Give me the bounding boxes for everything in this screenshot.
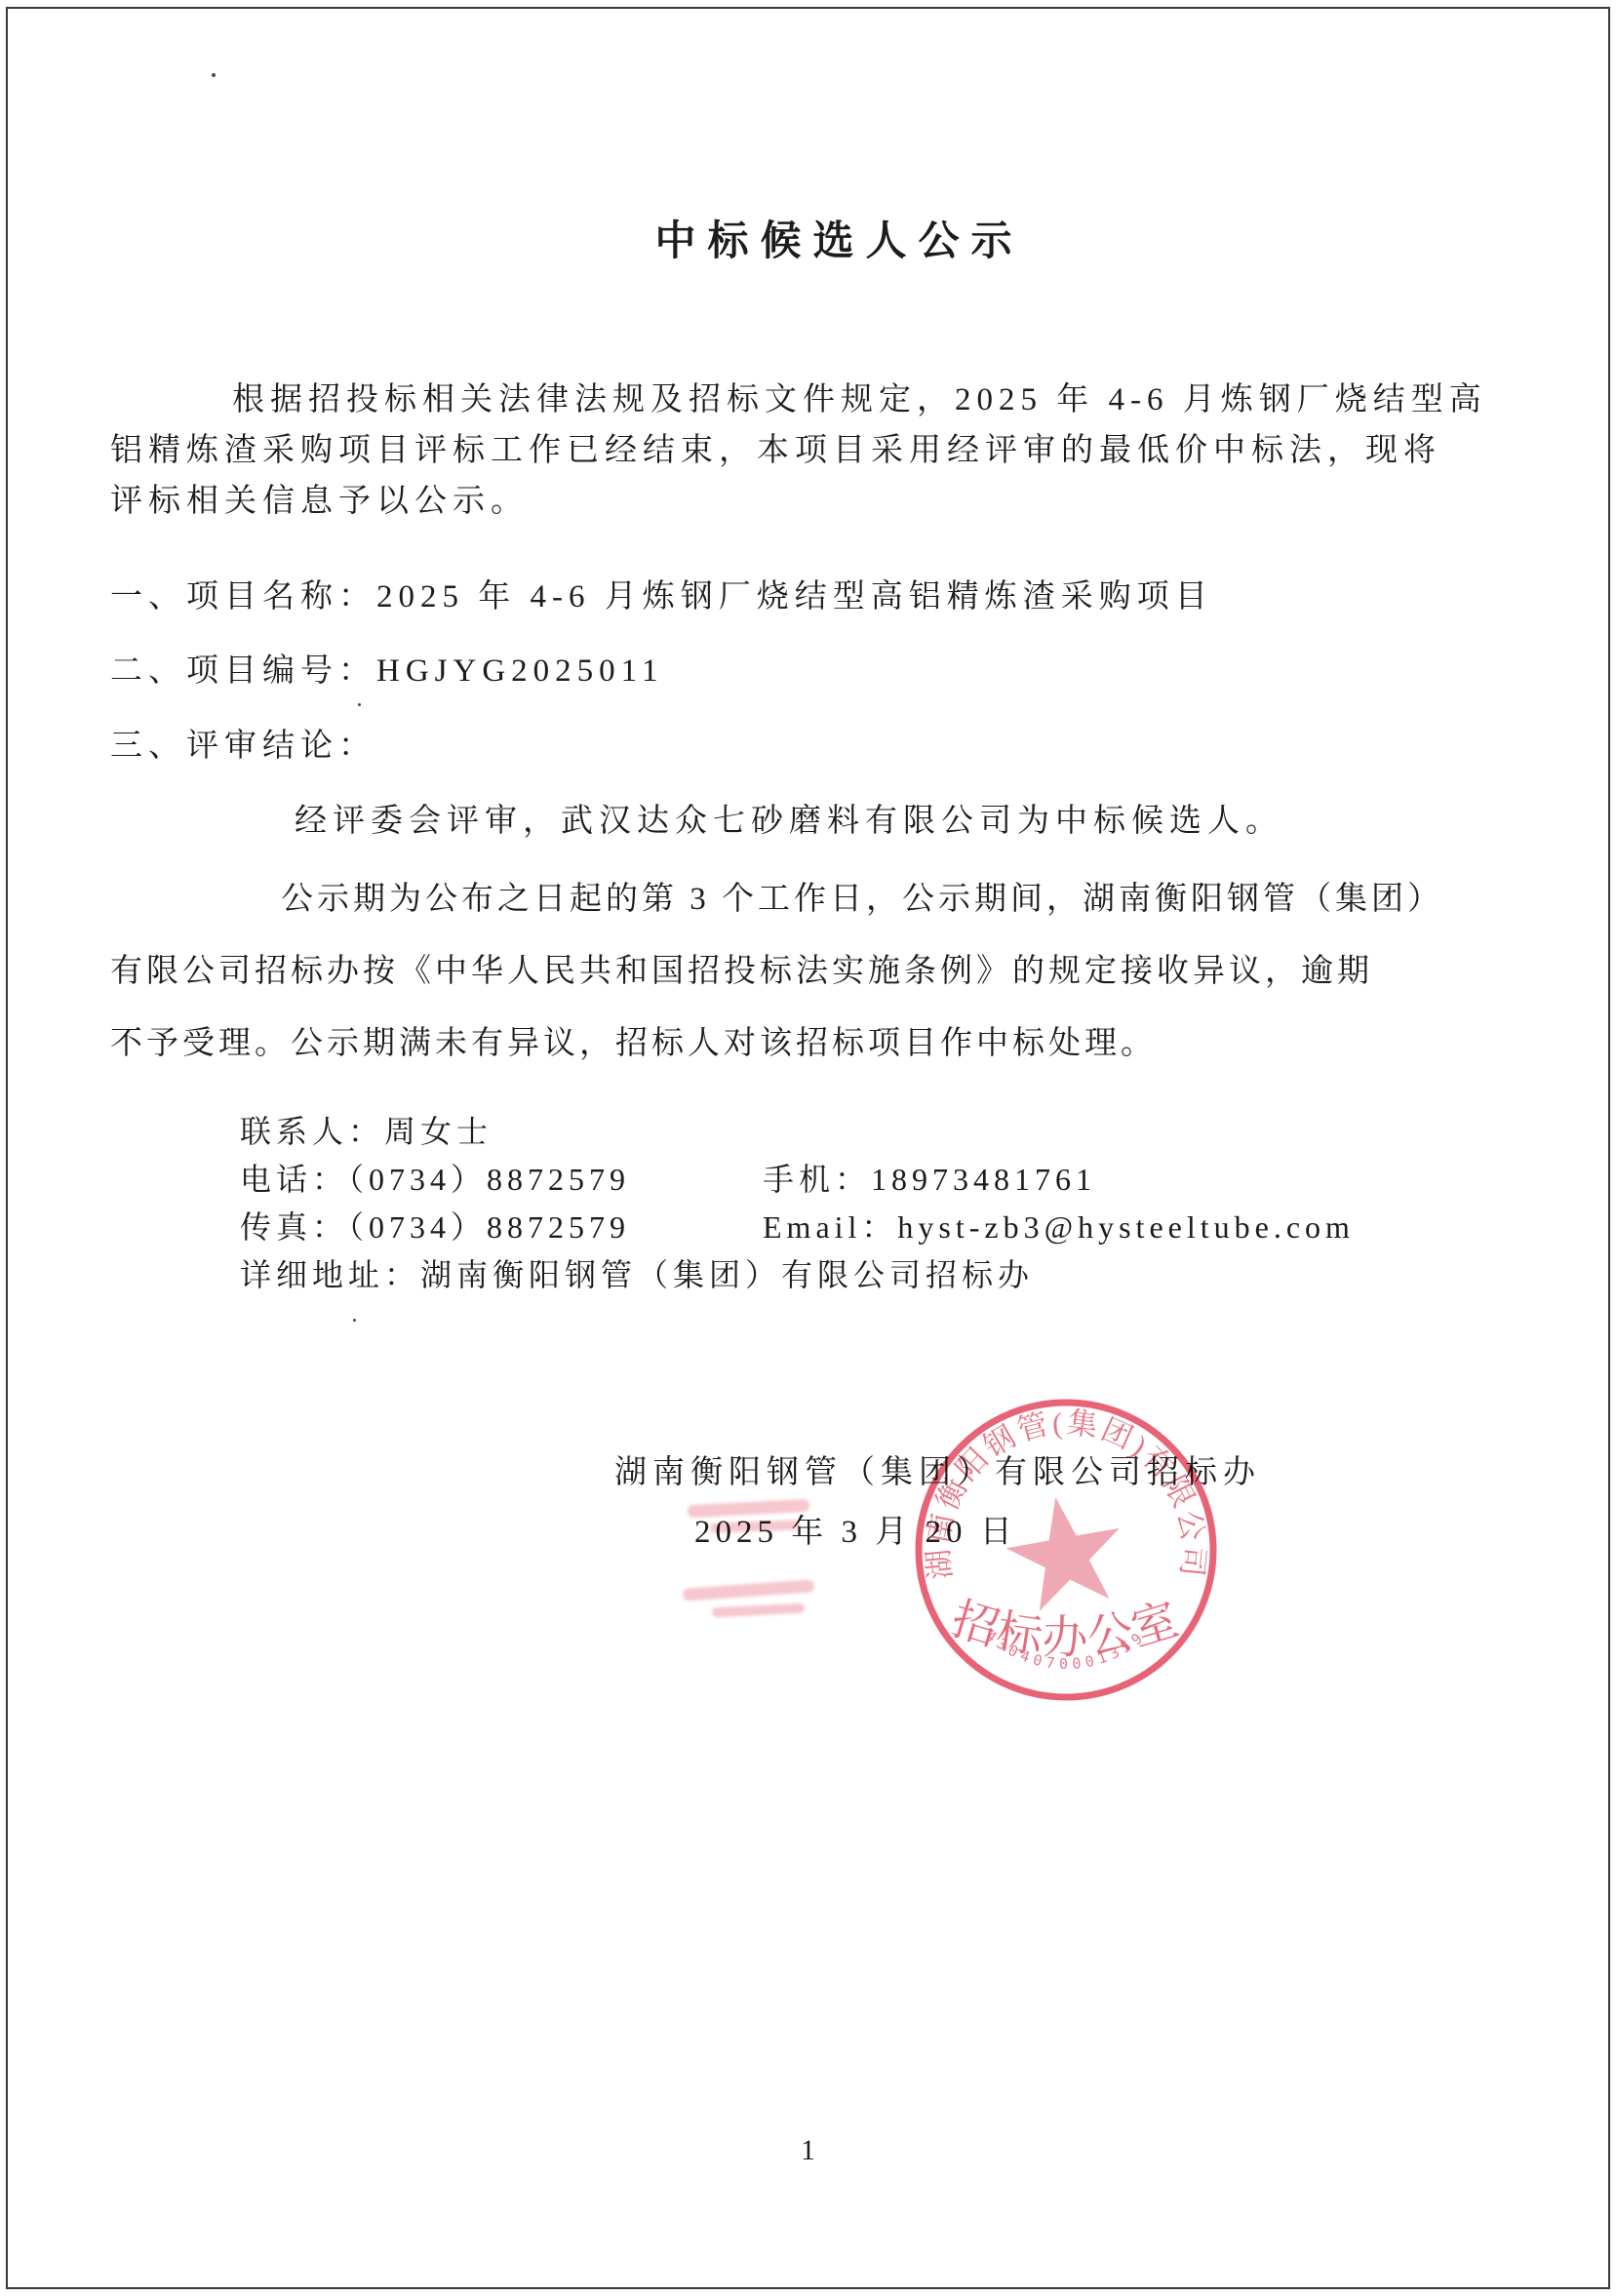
contact-block: 联系人：周女士 电话：（0734）8872579手机：18973481761 传… <box>240 1108 1508 1299</box>
seal-office-text: 招标办公室 <box>946 1594 1186 1664</box>
contact-fax: 传真：（0734）8872579 <box>240 1204 763 1251</box>
svg-text:招标办公室: 招标办公室 <box>946 1594 1186 1664</box>
seal-star-icon <box>999 1487 1131 1615</box>
intro-line-2: 铝精炼渣采购项目评标工作已经结束，本项目采用经评审的最低价中标法，现将 <box>110 425 1505 476</box>
page-number: 1 <box>0 2134 1616 2167</box>
scan-speck <box>353 1319 356 1322</box>
official-seal: 湖南衡阳钢管(集团)有限公司 招标办公室 4304070001359 <box>905 1389 1227 1711</box>
scan-speck <box>358 703 361 706</box>
notice-line-1: 公示期为公布之日起的第 3 个工作日，公示期间，湖南衡阳钢管（集团） <box>110 863 1505 935</box>
contact-fax-row: 传真：（0734）8872579Email：hyst-zb3@hysteeltu… <box>240 1204 1508 1251</box>
announcement-document: 中标候选人公示 根据招投标相关法律法规及招标文件规定，2025 年 4-6 月炼… <box>0 0 1616 2296</box>
contact-address: 详细地址：湖南衡阳钢管（集团）有限公司招标办 <box>240 1251 1508 1299</box>
ink-smear <box>683 1579 815 1601</box>
verdict-line: 经评委会评审，武汉达众七砂磨料有限公司为中标候选人。 <box>110 796 1505 847</box>
item-project-number: 二、项目编号：HGJYG2025011 <box>110 646 1505 696</box>
intro-paragraph: 根据招投标相关法律法规及招标文件规定，2025 年 4-6 月炼钢厂烧结型高 铝… <box>110 375 1505 527</box>
notice-line-3: 不予受理。公示期满未有异议，招标人对该招标项目作中标处理。 <box>110 1008 1505 1080</box>
intro-line-3: 评标相关信息予以公示。 <box>110 476 1505 527</box>
item-review-conclusion: 三、评审结论： <box>110 721 1505 772</box>
contact-person: 联系人：周女士 <box>240 1108 1508 1156</box>
contact-phone-row: 电话：（0734）8872579手机：18973481761 <box>240 1156 1508 1204</box>
intro-line-1: 根据招投标相关法律法规及招标文件规定，2025 年 4-6 月炼钢厂烧结型高 <box>110 375 1505 425</box>
contact-phone: 电话：（0734）8872579 <box>240 1156 763 1204</box>
notice-line-2: 有限公司招标办按《中华人民共和国招投标法实施条例》的规定接收异议，逾期 <box>110 935 1505 1008</box>
notice-paragraph: 公示期为公布之日起的第 3 个工作日，公示期间，湖南衡阳钢管（集团） 有限公司招… <box>110 863 1505 1080</box>
contact-mobile: 手机：18973481761 <box>763 1162 1096 1197</box>
item-project-name: 一、项目名称：2025 年 4-6 月炼钢厂烧结型高铝精炼渣采购项目 <box>110 572 1505 622</box>
contact-email: Email：hyst-zb3@hysteeltube.com <box>763 1209 1355 1245</box>
page-title: 中标候选人公示 <box>31 209 1616 267</box>
scan-speck <box>212 73 216 77</box>
ink-smear <box>712 1603 805 1618</box>
